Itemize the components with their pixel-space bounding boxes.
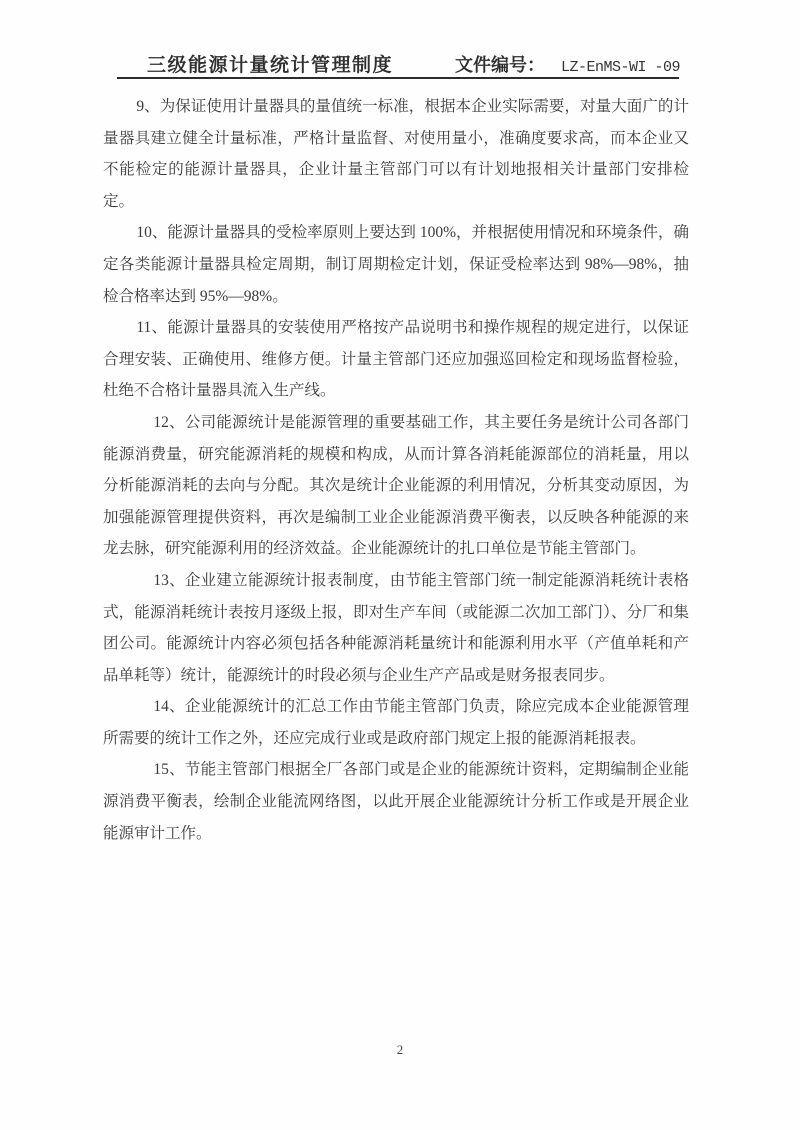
document-body: 9、为保证使用计量器具的量值统一标准，根据本企业实际需要，对量大面广的计量器具建… [103, 91, 689, 849]
paragraph: 15、节能主管部门根据全厂各部门或是企业的能源统计资料，定期编制企业能源消费平衡… [103, 754, 689, 849]
page-number: 2 [0, 1042, 800, 1058]
document-title: 三级能源计量统计管理制度 [147, 50, 393, 77]
doc-number-label: 文件编号： [455, 55, 545, 75]
doc-number: 文件编号：LZ-EnMS-WI -09 [455, 51, 680, 77]
doc-number-value: LZ-EnMS-WI -09 [561, 59, 680, 76]
header-divider [117, 77, 679, 79]
paragraph: 12、公司能源统计是能源管理的重要基础工作，其主要任务是统计公司各部门能源消费量… [103, 407, 689, 565]
paragraph: 10、能源计量器具的受检率原则上要达到 100%，并根据使用情况和环境条件，确定… [103, 217, 689, 312]
paragraph: 13、企业建立能源统计报表制度，由节能主管部门统一制定能源消耗统计表格式，能源消… [103, 565, 689, 691]
document-header: 三级能源计量统计管理制度 文件编号：LZ-EnMS-WI -09 [0, 0, 800, 80]
paragraph: 9、为保证使用计量器具的量值统一标准，根据本企业实际需要，对量大面广的计量器具建… [103, 91, 689, 217]
paragraph: 14、企业能源统计的汇总工作由节能主管部门负责，除应完成本企业能源管理所需要的统… [103, 691, 689, 754]
document-page: 三级能源计量统计管理制度 文件编号：LZ-EnMS-WI -09 9、为保证使用… [0, 0, 800, 1130]
paragraph: 11、能源计量器具的安装使用严格按产品说明书和操作规程的规定进行，以保证合理安装… [103, 312, 689, 407]
